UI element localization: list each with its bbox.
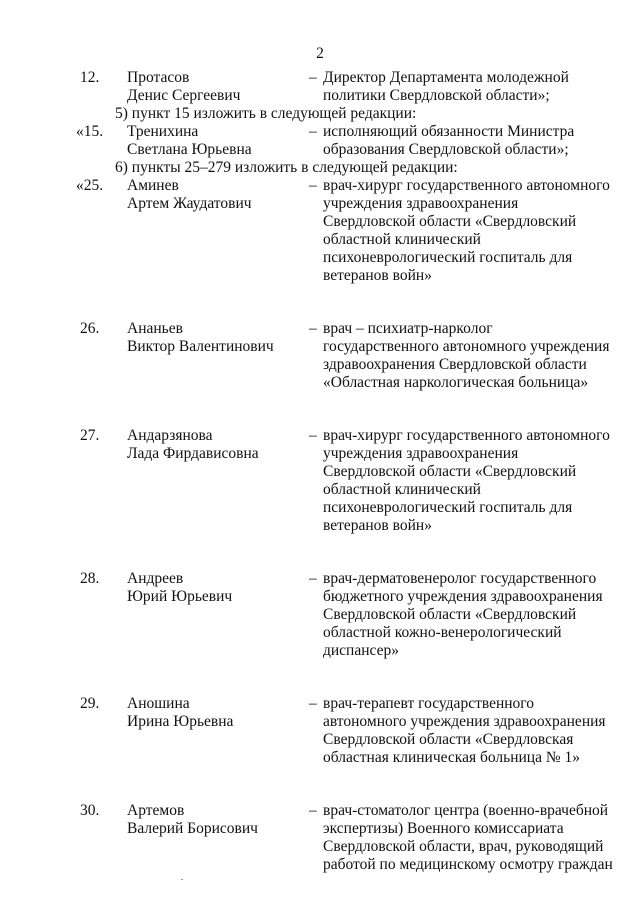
surname: Тренихина: [127, 123, 252, 141]
list-entry-15: «15. Тренихина Светлана Юрьевна – исполн…: [0, 123, 640, 159]
desc-line: врач-терапевт государственного: [323, 695, 613, 713]
person-name: Протасов Денис Сергеевич: [127, 69, 240, 105]
entry-number: 26.: [80, 320, 99, 338]
entry-number: 30.: [80, 802, 99, 820]
given-names: Артем Жаудатович: [127, 195, 252, 213]
entry-number: 27.: [80, 427, 99, 445]
surname: Андарзянова: [127, 427, 259, 445]
person-name: Андарзянова Лада Фирдависовна: [127, 427, 259, 463]
desc-line: областной кожно-венерологический: [323, 624, 613, 642]
entry-number: 12.: [80, 69, 99, 87]
list-entry-12: 12. Протасов Денис Сергеевич – Директор …: [0, 69, 640, 105]
desc-line: работой по медицинскому осмотру граждан: [323, 856, 613, 874]
desc-line: Свердловской области, врач, руководящий: [323, 838, 613, 856]
desc-line: областной клинический: [323, 481, 613, 499]
given-names: Денис Сергеевич: [127, 87, 240, 105]
separator-dash: –: [309, 802, 317, 820]
desc-line: областная клиническая больница № 1»: [323, 749, 613, 767]
position-description: врач-дерматовенеролог государственного б…: [323, 570, 613, 660]
spacer: [0, 660, 640, 695]
given-names: Лада Фирдависовна: [127, 445, 259, 463]
desc-line: Свердловской области «Свердловский: [323, 606, 613, 624]
person-name: Андреев Юрий Юрьевич: [127, 570, 232, 606]
entry-number: «25.: [76, 177, 103, 195]
position-description: врач-стоматолог центра (военно-врачебной…: [323, 802, 613, 874]
surname: Аношина: [127, 695, 233, 713]
surname: Протасов: [127, 69, 240, 87]
list-entry-29: 29. Аношина Ирина Юрьевна – врач-терапев…: [0, 695, 640, 767]
desc-line: диспансер»: [323, 642, 613, 660]
desc-line: исполняющий обязанности Министра: [323, 123, 613, 141]
document-body: 12. Протасов Денис Сергеевич – Директор …: [0, 69, 640, 874]
surname: Андреев: [127, 570, 232, 588]
desc-line: здравоохранения Свердловской области: [323, 356, 613, 374]
surname: Аминев: [127, 177, 252, 195]
desc-line: Свердловской области «Свердловский: [323, 213, 613, 231]
list-entry-26: 26. Ананьев Виктор Валентинович – врач –…: [0, 320, 640, 392]
person-name: Аношина Ирина Юрьевна: [127, 695, 233, 731]
person-name: Аминев Артем Жаудатович: [127, 177, 252, 213]
surname: Артемов: [127, 802, 258, 820]
desc-line: Свердловской области «Свердловский: [323, 463, 613, 481]
separator-dash: –: [309, 123, 317, 141]
desc-line: областной клинический: [323, 231, 613, 249]
separator-dash: –: [309, 177, 317, 195]
desc-line: политики Свердловской области»;: [323, 87, 613, 105]
page-number: 2: [0, 45, 640, 63]
given-names: Валерий Борисович: [127, 820, 258, 838]
scan-artifact: [181, 879, 183, 880]
list-entry-30: 30. Артемов Валерий Борисович – врач-сто…: [0, 802, 640, 874]
desc-line: «Областная наркологическая больница»: [323, 374, 613, 392]
spacer: [0, 285, 640, 320]
list-entry-25: «25. Аминев Артем Жаудатович – врач-хиру…: [0, 177, 640, 285]
desc-line: государственного автономного учреждения: [323, 338, 613, 356]
separator-dash: –: [309, 427, 317, 445]
position-description: врач-хирург государственного автономного…: [323, 427, 613, 535]
spacer: [0, 535, 640, 570]
desc-line: врач-дерматовенеролог государственного: [323, 570, 613, 588]
desc-line: ветеранов войн»: [323, 267, 613, 285]
desc-line: экспертизы) Военного комиссариата: [323, 820, 613, 838]
separator-dash: –: [309, 695, 317, 713]
desc-line: врач-хирург государственного автономного: [323, 177, 613, 195]
entry-number: 29.: [80, 695, 99, 713]
person-name: Ананьев Виктор Валентинович: [127, 320, 274, 356]
desc-line: образования Свердловской области»;: [323, 141, 613, 159]
entry-number: 28.: [80, 570, 99, 588]
given-names: Виктор Валентинович: [127, 338, 274, 356]
list-entry-28: 28. Андреев Юрий Юрьевич – врач-дерматов…: [0, 570, 640, 660]
given-names: Ирина Юрьевна: [127, 713, 233, 731]
position-description: врач-терапевт государственного автономно…: [323, 695, 613, 767]
position-description: Директор Департамента молодежной политик…: [323, 69, 613, 105]
desc-line: автономного учреждения здравоохранения: [323, 713, 613, 731]
desc-line: врач-стоматолог центра (военно-врачебной: [323, 802, 613, 820]
given-names: Юрий Юрьевич: [127, 588, 232, 606]
desc-line: Директор Департамента молодежной: [323, 69, 613, 87]
person-name: Тренихина Светлана Юрьевна: [127, 123, 252, 159]
given-names: Светлана Юрьевна: [127, 141, 252, 159]
desc-line: врач-хирург государственного автономного: [323, 427, 613, 445]
separator-dash: –: [309, 570, 317, 588]
spacer: [0, 767, 640, 802]
spacer: [0, 392, 640, 427]
list-entry-27: 27. Андарзянова Лада Фирдависовна – врач…: [0, 427, 640, 535]
separator-dash: –: [309, 320, 317, 338]
position-description: исполняющий обязанности Министра образов…: [323, 123, 613, 159]
desc-line: учреждения здравоохранения: [323, 445, 613, 463]
surname: Ананьев: [127, 320, 274, 338]
amendment-instruction: 6) пункты 25–279 изложить в следующей ре…: [0, 159, 640, 177]
person-name: Артемов Валерий Борисович: [127, 802, 258, 838]
desc-line: психоневрологический госпиталь для: [323, 499, 613, 517]
desc-line: учреждения здравоохранения: [323, 195, 613, 213]
desc-line: Свердловской области «Свердловская: [323, 731, 613, 749]
position-description: врач – психиатр-нарколог государственног…: [323, 320, 613, 392]
separator-dash: –: [309, 69, 317, 87]
position-description: врач-хирург государственного автономного…: [323, 177, 613, 285]
desc-line: врач – психиатр-нарколог: [323, 320, 613, 338]
desc-line: психоневрологический госпиталь для: [323, 249, 613, 267]
desc-line: ветеранов войн»: [323, 517, 613, 535]
entry-number: «15.: [76, 123, 103, 141]
desc-line: бюджетного учреждения здравоохранения: [323, 588, 613, 606]
amendment-instruction: 5) пункт 15 изложить в следующей редакци…: [0, 105, 640, 123]
